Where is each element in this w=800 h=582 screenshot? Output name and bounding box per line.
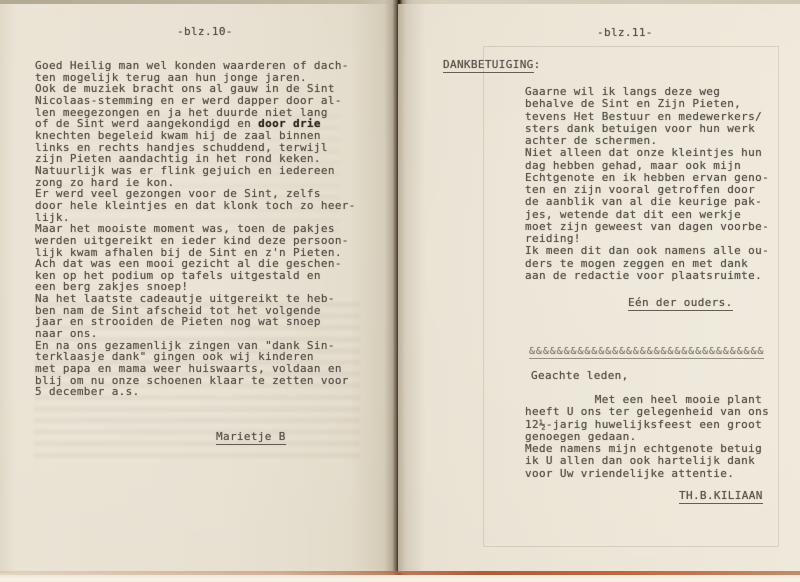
salutation: Geachte leden, (531, 369, 629, 382)
scan-bottom-edge (0, 575, 800, 582)
page-number-right: -blz.11- (597, 26, 653, 39)
ampersand-divider: &&&&&&&&&&&&&&&&&&&&&&&&&&&&&&&&&& (529, 344, 764, 357)
left-signature: Marietje B (216, 430, 286, 443)
thank-you-paragraph: Gaarne wil ik langs deze weg behalve de … (525, 86, 777, 282)
section-heading: DANKBETUIGING: (443, 58, 541, 71)
parent-signature: Eén der ouders. (628, 296, 733, 309)
page-number-left: -blz.10- (177, 25, 233, 38)
letter-paragraph: Met een heel mooie plant heeft U ons ter… (525, 394, 777, 480)
left-page-body: Goed Heilig man wel konden waarderen of … (35, 60, 365, 398)
left-body-text-continued: knechten begeleid kwam hij de zaal binne… (35, 129, 356, 398)
kiliaan-signature: TH.B.KILIAAN (679, 489, 763, 502)
scanned-page-spread: -blz.10- Goed Heilig man wel konden waar… (0, 0, 800, 582)
